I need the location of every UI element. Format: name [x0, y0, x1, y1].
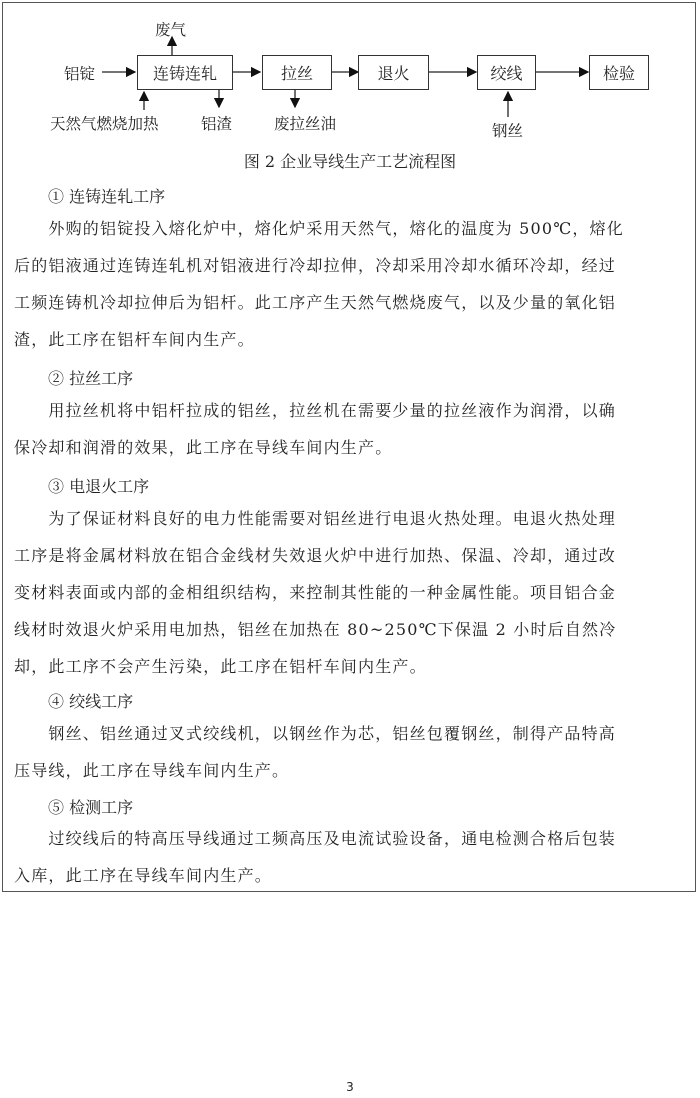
section-body-annealing: 为了保证材料良好的电力性能需要对铝丝进行电退火热处理。电退火热处理 工序是将金属…: [14, 500, 690, 685]
step-inspection: 检验: [589, 55, 649, 90]
text-line: 用拉丝机将中铝杆拉成的铝丝，拉丝机在需要少量的拉丝液作为润滑，以确: [14, 392, 690, 429]
text-line: 工序是将金属材料放在铝合金线材失效退火炉中进行加热、保温、冷却，通过改: [14, 537, 690, 574]
figure-caption: 图 2 企业导线生产工艺流程图: [0, 149, 700, 172]
section-body-casting: 外购的铝锭投入熔化炉中，熔化炉采用天然气，熔化的温度为 500℃，熔化 后的铝液…: [14, 210, 690, 358]
text-line: 渣，此工序在铝杆车间内生产。: [14, 321, 690, 358]
step-continuous-casting: 连铸连轧: [137, 55, 233, 90]
text-line: 却，此工序不会产生污染，此工序在铝杆车间内生产。: [14, 648, 690, 685]
step-annealing: 退火: [358, 55, 429, 90]
label-aluminum-ingot: 铝锭: [64, 62, 95, 84]
text-line: 线材时效退火炉采用电加热，铝丝在加热在 80~250℃下保温 2 小时后自然冷: [14, 611, 690, 648]
text-line: 工频连铸机冷却拉伸后为铝杆。此工序产生天然气燃烧废气，以及少量的氧化铝: [14, 284, 690, 321]
text-line: 变材料表面或内部的金相组织结构，来控制其性能的一种金属性能。项目铝合金: [14, 574, 690, 611]
label-aluminum-slag: 铝渣: [201, 112, 232, 134]
text-line: 外购的铝锭投入熔化炉中，熔化炉采用天然气，熔化的温度为 500℃，熔化: [14, 210, 690, 247]
label-waste-drawing-oil: 废拉丝油: [274, 112, 336, 134]
section-body-testing: 过绞线后的特高压导线通过工频高压及电流试验设备，通电检测合格后包装 入库，此工序…: [14, 820, 690, 894]
text-line: 为了保证材料良好的电力性能需要对铝丝进行电退火热处理。电退火热处理: [14, 500, 690, 537]
text-line: 过绞线后的特高压导线通过工频高压及电流试验设备，通电检测合格后包装: [14, 820, 690, 857]
label-exhaust-gas: 废气: [155, 18, 186, 40]
text-line: 入库，此工序在导线车间内生产。: [14, 857, 690, 894]
label-steel-wire: 钢丝: [492, 119, 523, 141]
section-heading-testing: ⑤ 检测工序: [48, 795, 133, 818]
text-line: 保冷却和润滑的效果，此工序在导线车间内生产。: [14, 429, 690, 466]
section-heading-stranding: ④ 绞线工序: [48, 689, 133, 712]
step-wire-drawing: 拉丝: [262, 55, 332, 90]
section-heading-casting: ① 连铸连轧工序: [48, 184, 165, 207]
section-body-stranding: 钢丝、铝丝通过叉式绞线机，以钢丝作为芯，铝丝包覆钢丝，制得产品特高 压导线，此工…: [14, 715, 690, 789]
page-number: 3: [0, 1080, 700, 1094]
label-natural-gas-heating: 天然气燃烧加热: [50, 112, 159, 134]
text-line: 后的铝液通过连铸连轧机对铝液进行冷却拉伸，冷却采用冷却水循环冷却，经过: [14, 247, 690, 284]
section-body-drawing: 用拉丝机将中铝杆拉成的铝丝，拉丝机在需要少量的拉丝液作为润滑，以确 保冷却和润滑…: [14, 392, 690, 466]
section-heading-annealing: ③ 电退火工序: [48, 474, 149, 497]
text-line: 压导线，此工序在导线车间内生产。: [14, 752, 690, 789]
section-heading-drawing: ② 拉丝工序: [48, 366, 133, 389]
step-stranding: 绞线: [477, 55, 536, 90]
text-line: 钢丝、铝丝通过叉式绞线机，以钢丝作为芯，铝丝包覆钢丝，制得产品特高: [14, 715, 690, 752]
